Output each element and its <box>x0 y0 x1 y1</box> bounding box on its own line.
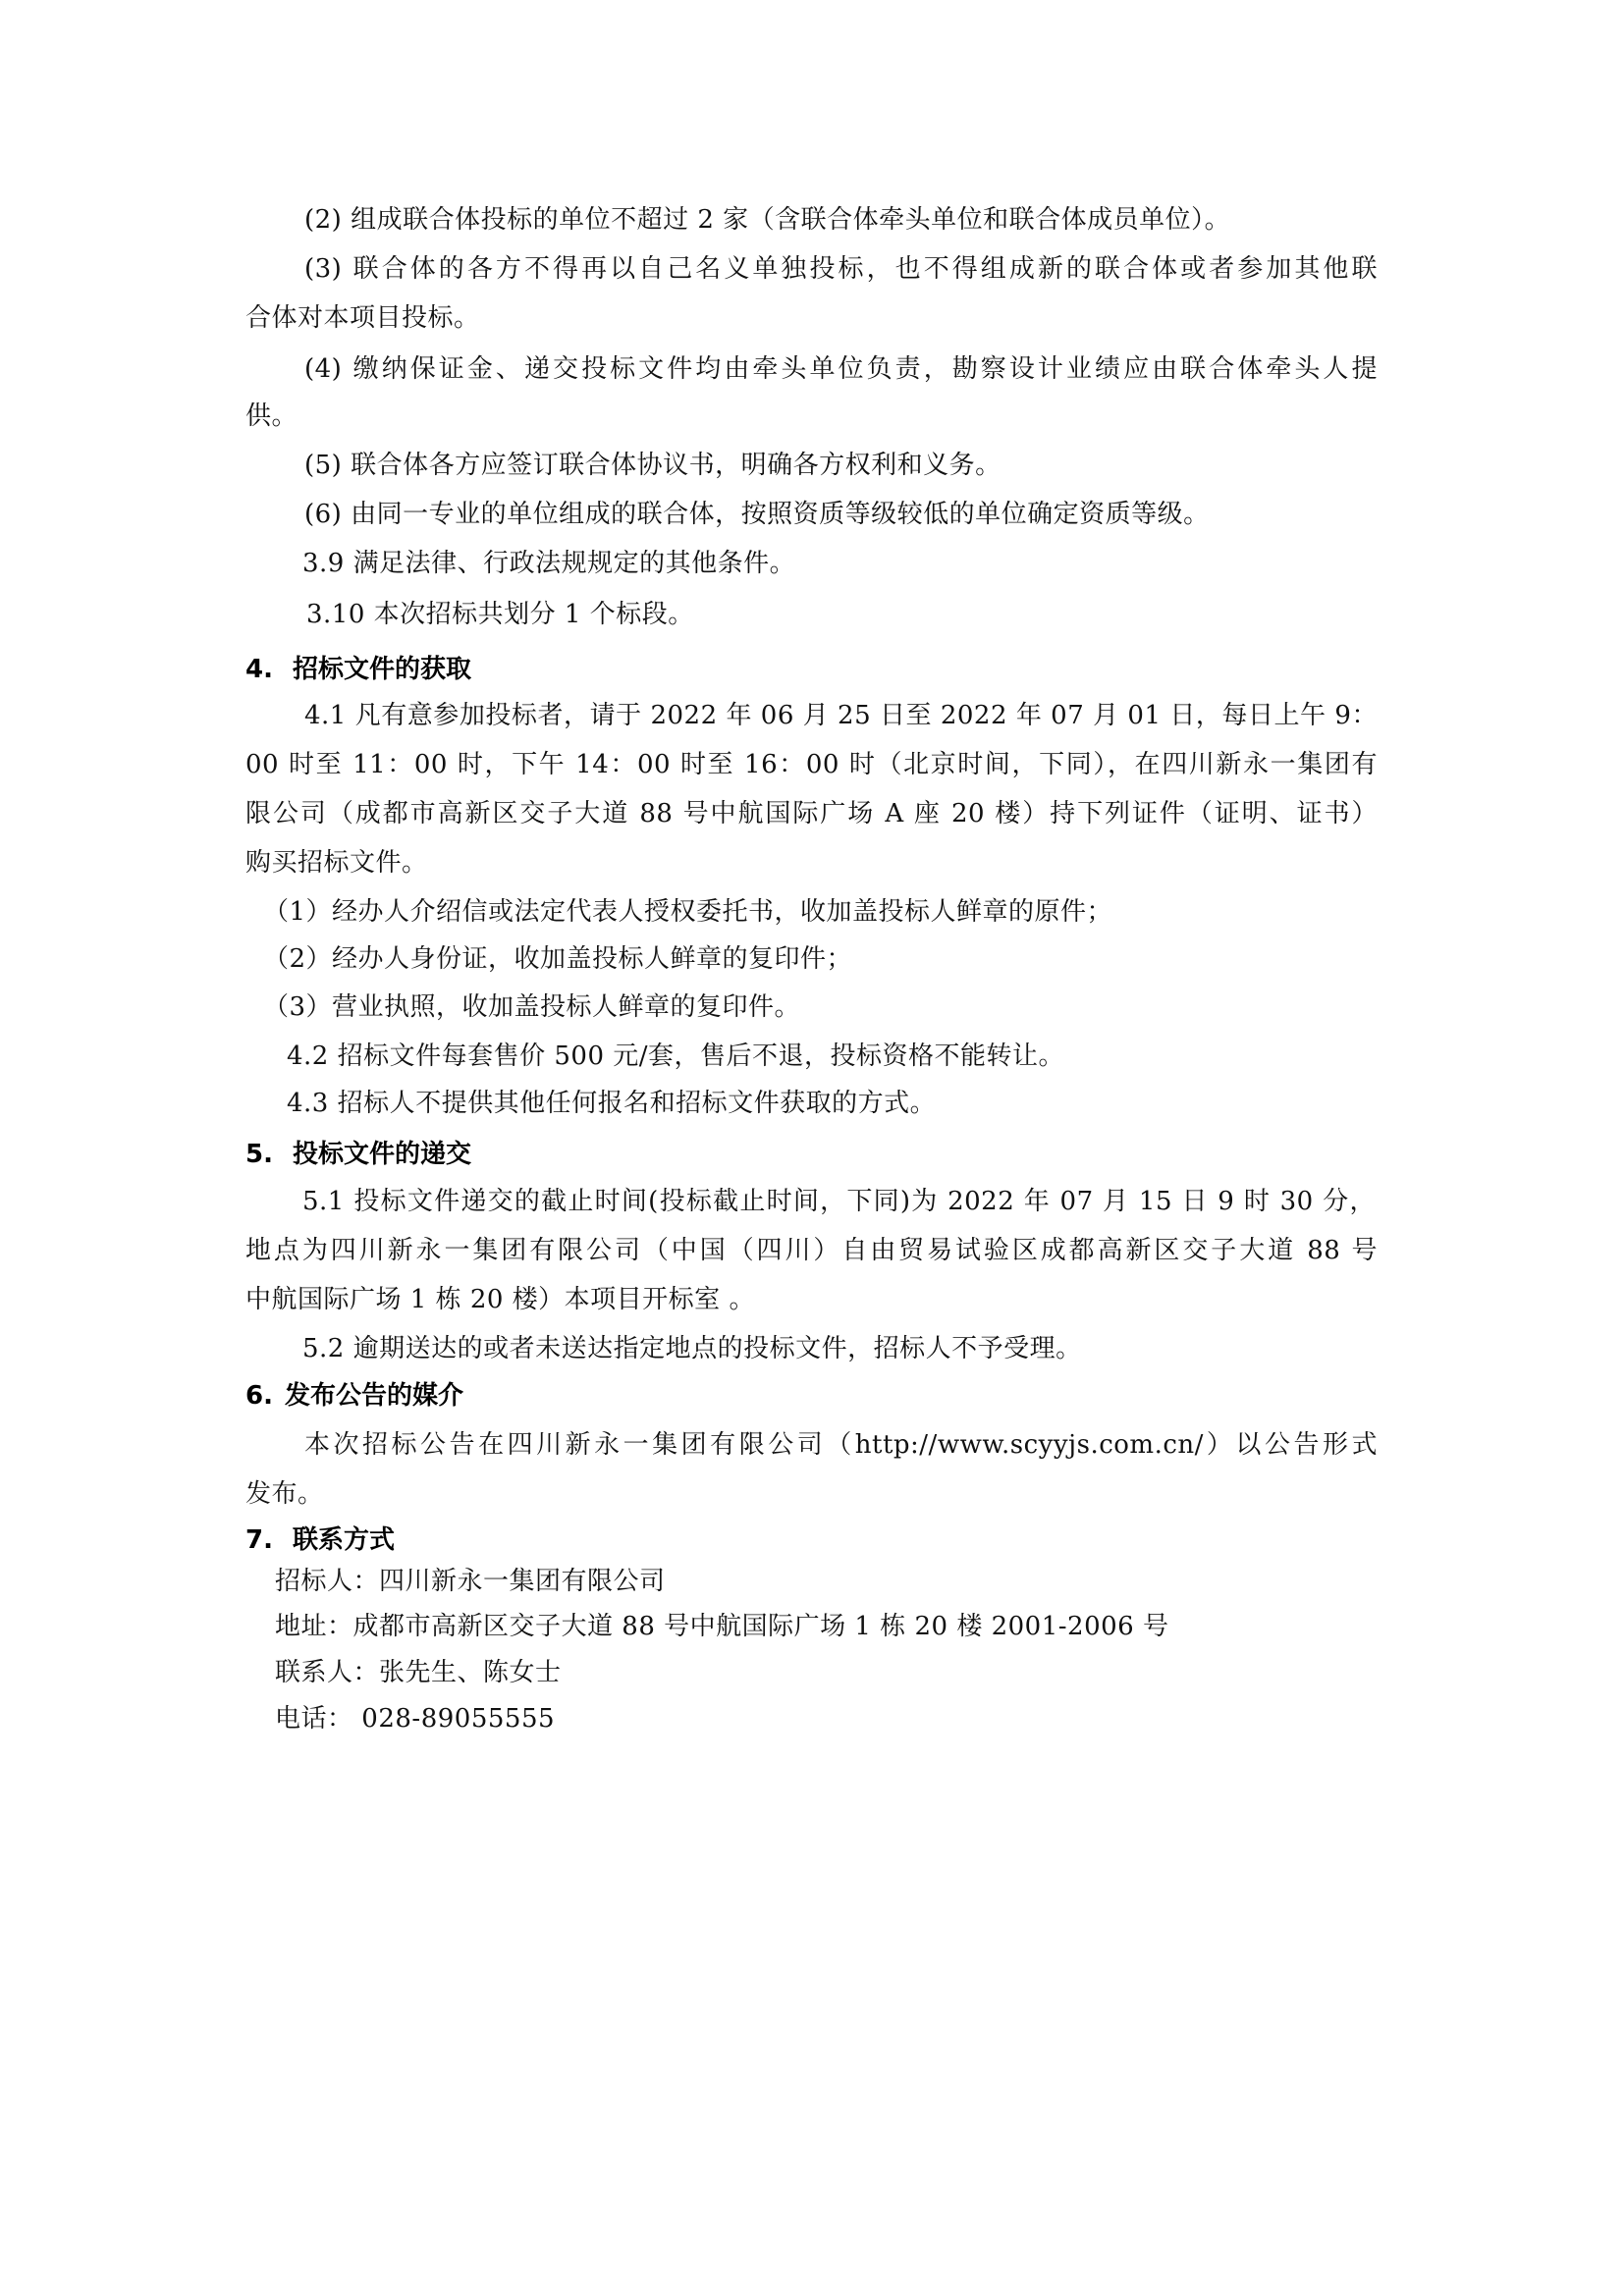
phone-value: 028-89055555 <box>353 1704 556 1734</box>
contact-address: 地址：成都市高新区交子大道 88 号中航国际广场 1 栋 20 楼 2001-2… <box>275 1611 1168 1642</box>
contact-person-value: 张先生、陈女士 <box>379 1658 562 1687</box>
section-4-heading: 4.招标文件的获取 <box>245 654 471 685</box>
consortium-item-2: (2) 组成联合体投标的单位不超过 2 家（含联合体牵头单位和联合体成员单位）。 <box>304 204 1230 236</box>
clause-4-3: 4.3 招标人不提供其他任何报名和招标文件获取的方式。 <box>287 1088 936 1119</box>
address-value: 成都市高新区交子大道 88 号中航国际广场 1 栋 20 楼 2001-2006… <box>353 1612 1169 1641</box>
section-5-title: 投标文件的递交 <box>293 1140 471 1169</box>
section-6-heading: 6.发布公告的媒介 <box>245 1380 463 1412</box>
section-7-number: 7. <box>245 1524 293 1556</box>
section-4-title: 招标文件的获取 <box>293 655 471 684</box>
required-document-3: （3）营业执照，收加盖投标人鲜章的复印件。 <box>263 991 800 1023</box>
tenderer-value: 四川新永一集团有限公司 <box>379 1567 666 1596</box>
document-page: (2) 组成联合体投标的单位不超过 2 家（含联合体牵头单位和联合体成员单位）。… <box>0 0 1624 2296</box>
publication-media-line-2: 发布。 <box>245 1478 324 1510</box>
required-document-2: （2）经办人身份证，收加盖投标人鲜章的复印件； <box>263 943 852 975</box>
tenderer-label: 招标人： <box>275 1567 379 1596</box>
consortium-item-4-line-2: 供。 <box>245 400 298 432</box>
required-document-1: （1）经办人介绍信或法定代表人授权委托书，收加盖投标人鲜章的原件； <box>263 896 1112 928</box>
clause-5-1-line-2: 地点为四川新永一集团有限公司（中国（四川）自由贸易试验区成都高新区交子大道 88… <box>245 1235 1378 1266</box>
publication-media-line-1: 本次招标公告在四川新永一集团有限公司（http://www.scyyjs.com… <box>304 1429 1378 1461</box>
clause-4-2: 4.2 招标文件每套售价 500 元/套，售后不退，投标资格不能转让。 <box>287 1041 1064 1072</box>
clause-5-2: 5.2 逾期送达的或者未送达指定地点的投标文件，招标人不予受理。 <box>302 1333 1082 1364</box>
clause-4-1-line-1: 4.1 凡有意参加投标者，请于 2022 年 06 月 25 日至 2022 年… <box>304 700 1378 731</box>
phone-label: 电话： <box>275 1704 353 1734</box>
consortium-item-6: (6) 由同一专业的单位组成的联合体，按照资质等级较低的单位确定资质等级。 <box>304 499 1210 530</box>
clause-5-1-line-3: 中航国际广场 1 栋 20 楼）本项目开标室 。 <box>245 1284 755 1315</box>
clause-4-1-line-2: 00 时至 11：00 时，下午 14：00 时至 16：00 时（北京时间，下… <box>245 749 1378 780</box>
section-7-title: 联系方式 <box>293 1525 395 1555</box>
consortium-item-3-line-2: 合体对本项目投标。 <box>245 302 480 334</box>
clause-4-1-line-3: 限公司（成都市高新区交子大道 88 号中航国际广场 A 座 20 楼）持下列证件… <box>245 798 1378 829</box>
section-5-heading: 5.投标文件的递交 <box>245 1139 471 1170</box>
clause-3-10: 3.10 本次招标共划分 1 个标段。 <box>306 599 694 630</box>
consortium-item-5: (5) 联合体各方应签订联合体协议书，明确各方权利和义务。 <box>304 450 1001 481</box>
section-4-number: 4. <box>245 654 293 685</box>
section-6-title: 发布公告的媒介 <box>285 1381 463 1411</box>
address-label: 地址： <box>275 1612 353 1641</box>
section-7-heading: 7.联系方式 <box>245 1524 395 1556</box>
clause-3-9: 3.9 满足法律、行政法规规定的其他条件。 <box>302 548 795 579</box>
consortium-item-4-line-1: (4) 缴纳保证金、递交投标文件均由牵头单位负责，勘察设计业绩应由联合体牵头人提 <box>304 353 1378 385</box>
section-6-number: 6. <box>245 1380 285 1412</box>
contact-phone: 电话： 028-89055555 <box>275 1703 555 1735</box>
clause-4-1-line-4: 购买招标文件。 <box>245 847 428 879</box>
contact-tenderer: 招标人：四川新永一集团有限公司 <box>275 1566 666 1597</box>
section-5-number: 5. <box>245 1139 293 1170</box>
contact-person-label: 联系人： <box>275 1658 379 1687</box>
clause-5-1-line-1: 5.1 投标文件递交的截止时间(投标截止时间，下同)为 2022 年 07 月 … <box>302 1186 1376 1217</box>
contact-person: 联系人：张先生、陈女士 <box>275 1657 562 1688</box>
consortium-item-3-line-1: (3) 联合体的各方不得再以自己名义单独投标，也不得组成新的联合体或者参加其他联 <box>304 253 1378 285</box>
